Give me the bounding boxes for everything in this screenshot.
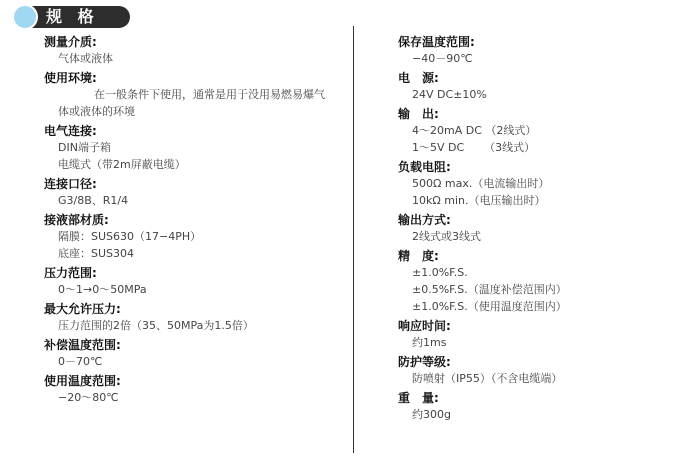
- spec-label: 电 源:: [398, 70, 688, 86]
- spec-value: DIN端子箱: [44, 139, 344, 156]
- spec-operating-temp: 使用温度范围: −20～80℃: [44, 373, 344, 406]
- column-divider: [353, 26, 354, 453]
- spec-value: 0－70℃: [44, 353, 344, 370]
- spec-label: 补偿温度范围:: [44, 337, 344, 353]
- section-title: 规 格: [46, 7, 99, 27]
- spec-value: 约1ms: [398, 334, 688, 351]
- spec-output-type: 输出方式: 2线式或3线式: [398, 212, 688, 245]
- spec-accuracy: 精 度: ±1.0%F.S. ±0.5%F.S.（温度补偿范围内） ±1.0%F…: [398, 248, 688, 315]
- spec-response-time: 响应时间: 约1ms: [398, 318, 688, 351]
- spec-environment: 使用环境: 在一般条件下使用，通常是用于没用易燃易爆气 体或液体的环境: [44, 70, 344, 120]
- spec-power: 电 源: 24V DC±10%: [398, 70, 688, 103]
- spec-label: 防护等级:: [398, 354, 688, 370]
- spec-value: 在一般条件下使用，通常是用于没用易燃易爆气: [44, 86, 344, 103]
- spec-value: 压力范围的2倍（35、50MPa为1.5倍）: [44, 317, 344, 334]
- spec-label: 保存温度范围:: [398, 34, 688, 50]
- spec-wetted-material: 接液部材质: 隔膜：SUS630（17−4PH） 底座：SUS304: [44, 212, 344, 262]
- spec-label: 输 出:: [398, 106, 688, 122]
- spec-label: 响应时间:: [398, 318, 688, 334]
- spec-value: 24V DC±10%: [398, 86, 688, 103]
- spec-column-left: 测量介质: 气体或液体 使用环境: 在一般条件下使用，通常是用于没用易燃易爆气 …: [44, 34, 344, 409]
- spec-value: ±1.0%F.S.: [398, 264, 688, 281]
- spec-value: ±1.0%F.S.（使用温度范围内）: [398, 298, 688, 315]
- spec-electrical-connection: 电气连接: DIN端子箱 电缆式（带2m屏蔽电缆）: [44, 123, 344, 173]
- spec-medium: 测量介质: 气体或液体: [44, 34, 344, 67]
- spec-weight: 重 量: 约300g: [398, 390, 688, 423]
- spec-label: 压力范围:: [44, 265, 344, 281]
- spec-value: 500Ω max.（电流输出时）: [398, 175, 688, 192]
- spec-load-resistance: 负载电阻: 500Ω max.（电流输出时） 10kΩ min.（电压输出时）: [398, 159, 688, 209]
- spec-label: 输出方式:: [398, 212, 688, 228]
- spec-value: 电缆式（带2m屏蔽电缆）: [44, 156, 344, 173]
- spec-value: −20～80℃: [44, 389, 344, 406]
- spec-value: 2线式或3线式: [398, 228, 688, 245]
- spec-label: 电气连接:: [44, 123, 344, 139]
- spec-value: 防喷射（IP55）（不含电缆端）: [398, 370, 688, 387]
- spec-compensated-temp: 补偿温度范围: 0－70℃: [44, 337, 344, 370]
- spec-value: G3/8B、R1/4: [44, 192, 344, 209]
- header-circle-icon: [12, 4, 38, 30]
- spec-value: 4～20mA DC （2线式）: [398, 122, 688, 139]
- spec-value: 10kΩ min.（电压输出时）: [398, 192, 688, 209]
- spec-value: 约300g: [398, 406, 688, 423]
- spec-label: 连接口径:: [44, 176, 344, 192]
- spec-label: 重 量:: [398, 390, 688, 406]
- spec-storage-temp: 保存温度范围: −40－90℃: [398, 34, 688, 67]
- spec-label: 测量介质:: [44, 34, 344, 50]
- spec-port-size: 连接口径: G3/8B、R1/4: [44, 176, 344, 209]
- spec-value: 0～1→0～50MPa: [44, 281, 344, 298]
- spec-value: 隔膜：SUS630（17−4PH）: [44, 228, 344, 245]
- spec-pressure-range: 压力范围: 0～1→0～50MPa: [44, 265, 344, 298]
- spec-value: 体或液体的环境: [44, 103, 344, 120]
- spec-protection-class: 防护等级: 防喷射（IP55）（不含电缆端）: [398, 354, 688, 387]
- spec-value: 底座：SUS304: [44, 245, 344, 262]
- spec-label: 负载电阻:: [398, 159, 688, 175]
- spec-label: 精 度:: [398, 248, 688, 264]
- spec-max-pressure: 最大允许压力: 压力范围的2倍（35、50MPa为1.5倍）: [44, 301, 344, 334]
- section-header: 规 格: [12, 4, 132, 30]
- spec-value: −40－90℃: [398, 50, 688, 67]
- spec-label: 使用环境:: [44, 70, 344, 86]
- spec-output: 输 出: 4～20mA DC （2线式） 1～5V DC （3线式）: [398, 106, 688, 156]
- spec-label: 接液部材质:: [44, 212, 344, 228]
- spec-label: 最大允许压力:: [44, 301, 344, 317]
- spec-value: ±0.5%F.S.（温度补偿范围内）: [398, 281, 688, 298]
- spec-value: 气体或液体: [44, 50, 344, 67]
- spec-value: 1～5V DC （3线式）: [398, 139, 688, 156]
- spec-label: 使用温度范围:: [44, 373, 344, 389]
- spec-column-right: 保存温度范围: −40－90℃ 电 源: 24V DC±10% 输 出: 4～2…: [398, 34, 688, 426]
